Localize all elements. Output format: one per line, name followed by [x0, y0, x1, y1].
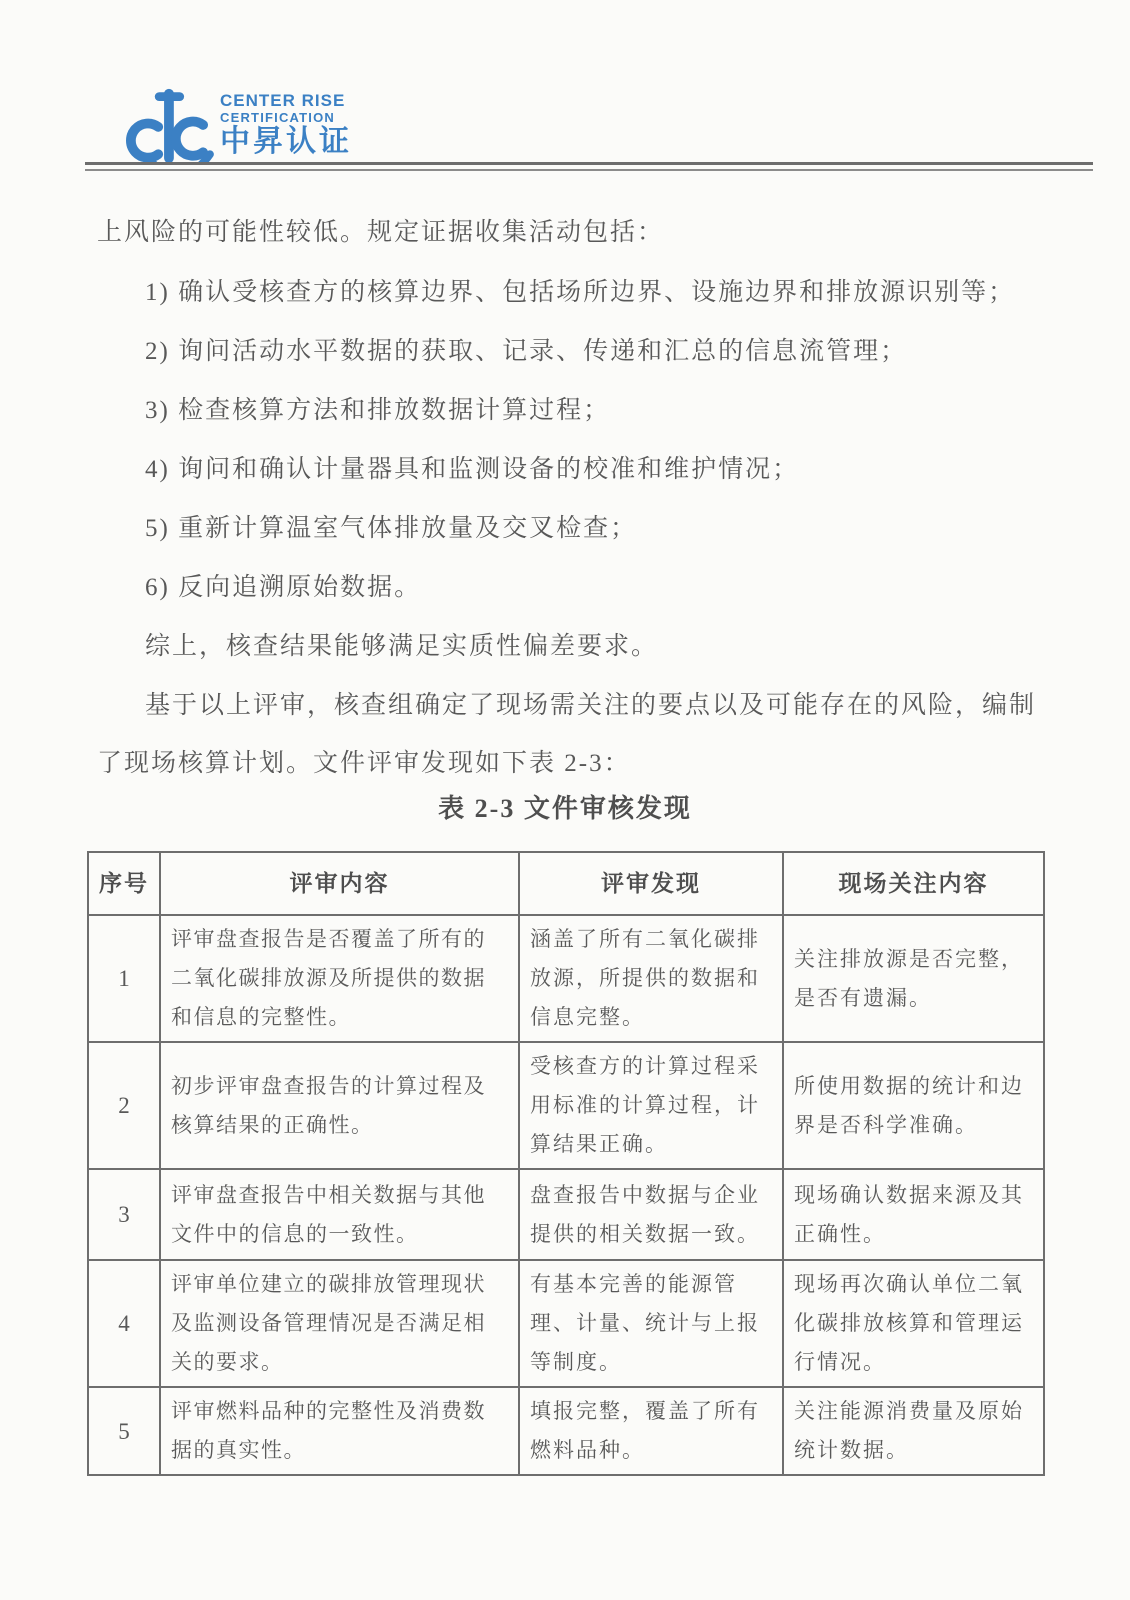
logo-name-cn: 中昇认证 [220, 127, 352, 157]
logo-sub-en: CERTIFICATION [220, 111, 352, 124]
paragraph-summary: 综上，核查结果能够满足实质性偏差要求。 [145, 626, 658, 662]
header-divider [85, 162, 1093, 171]
header-seq: 序号 [88, 852, 160, 915]
cell-finding: 受核查方的计算过程采用标准的计算过程，计算结果正确。 [519, 1042, 783, 1169]
cell-content: 初步评审盘查报告的计算过程及核算结果的正确性。 [160, 1042, 519, 1169]
cell-seq: 1 [88, 915, 160, 1042]
list-item-5: 5) 重新计算温室气体排放量及交叉检查； [145, 508, 637, 544]
cell-content: 评审盘查报告中相关数据与其他文件中的信息的一致性。 [160, 1169, 519, 1260]
cell-finding: 盘查报告中数据与企业提供的相关数据一致。 [519, 1169, 783, 1260]
table-row: 5 评审燃料品种的完整性及消费数据的真实性。 填报完整，覆盖了所有燃料品种。 关… [88, 1387, 1044, 1475]
header-finding: 评审发现 [519, 852, 783, 915]
cell-focus: 关注排放源是否完整，是否有遗漏。 [783, 915, 1044, 1042]
cell-content: 评审单位建立的碳排放管理现状及监测设备管理情况是否满足相关的要求。 [160, 1260, 519, 1387]
document-review-table: 序号 评审内容 评审发现 现场关注内容 1 评审盘查报告是否覆盖了所有的二氧化碳… [87, 851, 1045, 1476]
paragraph-basis-line2: 了现场核算计划。文件评审发现如下表 2-3： [97, 743, 631, 779]
cell-content: 评审盘查报告是否覆盖了所有的二氧化碳排放源及所提供的数据和信息的完整性。 [160, 915, 519, 1042]
cell-finding: 有基本完善的能源管理、计量、统计与上报等制度。 [519, 1260, 783, 1387]
cell-finding: 涵盖了所有二氧化碳排放源，所提供的数据和信息完整。 [519, 915, 783, 1042]
cell-focus: 现场确认数据来源及其正确性。 [783, 1169, 1044, 1260]
table-row: 4 评审单位建立的碳排放管理现状及监测设备管理情况是否满足相关的要求。 有基本完… [88, 1260, 1044, 1387]
cell-focus: 所使用数据的统计和边界是否科学准确。 [783, 1042, 1044, 1169]
cell-finding: 填报完整，覆盖了所有燃料品种。 [519, 1387, 783, 1475]
crc-monogram-icon [118, 82, 216, 164]
cell-focus: 现场再次确认单位二氧化碳排放核算和管理运行情况。 [783, 1260, 1044, 1387]
cell-seq: 4 [88, 1260, 160, 1387]
table-row: 3 评审盘查报告中相关数据与其他文件中的信息的一致性。 盘查报告中数据与企业提供… [88, 1169, 1044, 1260]
cell-seq: 2 [88, 1042, 160, 1169]
company-logo: CENTER RISE CERTIFICATION 中昇认证 [118, 82, 352, 164]
logo-name-en: CENTER RISE [220, 92, 352, 109]
header-content: 评审内容 [160, 852, 519, 915]
header-divider-line-top [85, 162, 1093, 165]
table-row: 1 评审盘查报告是否覆盖了所有的二氧化碳排放源及所提供的数据和信息的完整性。 涵… [88, 915, 1044, 1042]
table-header-row: 序号 评审内容 评审发现 现场关注内容 [88, 852, 1044, 915]
header-focus: 现场关注内容 [783, 852, 1044, 915]
paragraph-intro: 上风险的可能性较低。规定证据收集活动包括： [97, 212, 664, 248]
table-caption: 表 2-3 文件审核发现 [87, 788, 1043, 825]
cell-focus: 关注能源消费量及原始统计数据。 [783, 1387, 1044, 1475]
list-item-3: 3) 检查核算方法和排放数据计算过程； [145, 390, 610, 426]
paragraph-basis-line1: 基于以上评审，核查组确定了现场需关注的要点以及可能存在的风险，编制 [145, 685, 1036, 721]
cell-seq: 5 [88, 1387, 160, 1475]
list-item-6: 6) 反向追溯原始数据。 [145, 567, 421, 603]
list-item-4: 4) 询问和确认计量器具和监测设备的校准和维护情况； [145, 449, 799, 485]
list-item-1: 1) 确认受核查方的核算边界、包括场所边界、设施边界和排放源识别等； [145, 272, 1015, 308]
cell-content: 评审燃料品种的完整性及消费数据的真实性。 [160, 1387, 519, 1475]
list-item-2: 2) 询问活动水平数据的获取、记录、传递和汇总的信息流管理； [145, 331, 907, 367]
header-divider-line-bottom [85, 169, 1093, 171]
table-row: 2 初步评审盘查报告的计算过程及核算结果的正确性。 受核查方的计算过程采用标准的… [88, 1042, 1044, 1169]
cell-seq: 3 [88, 1169, 160, 1260]
logo-text: CENTER RISE CERTIFICATION 中昇认证 [220, 92, 352, 157]
